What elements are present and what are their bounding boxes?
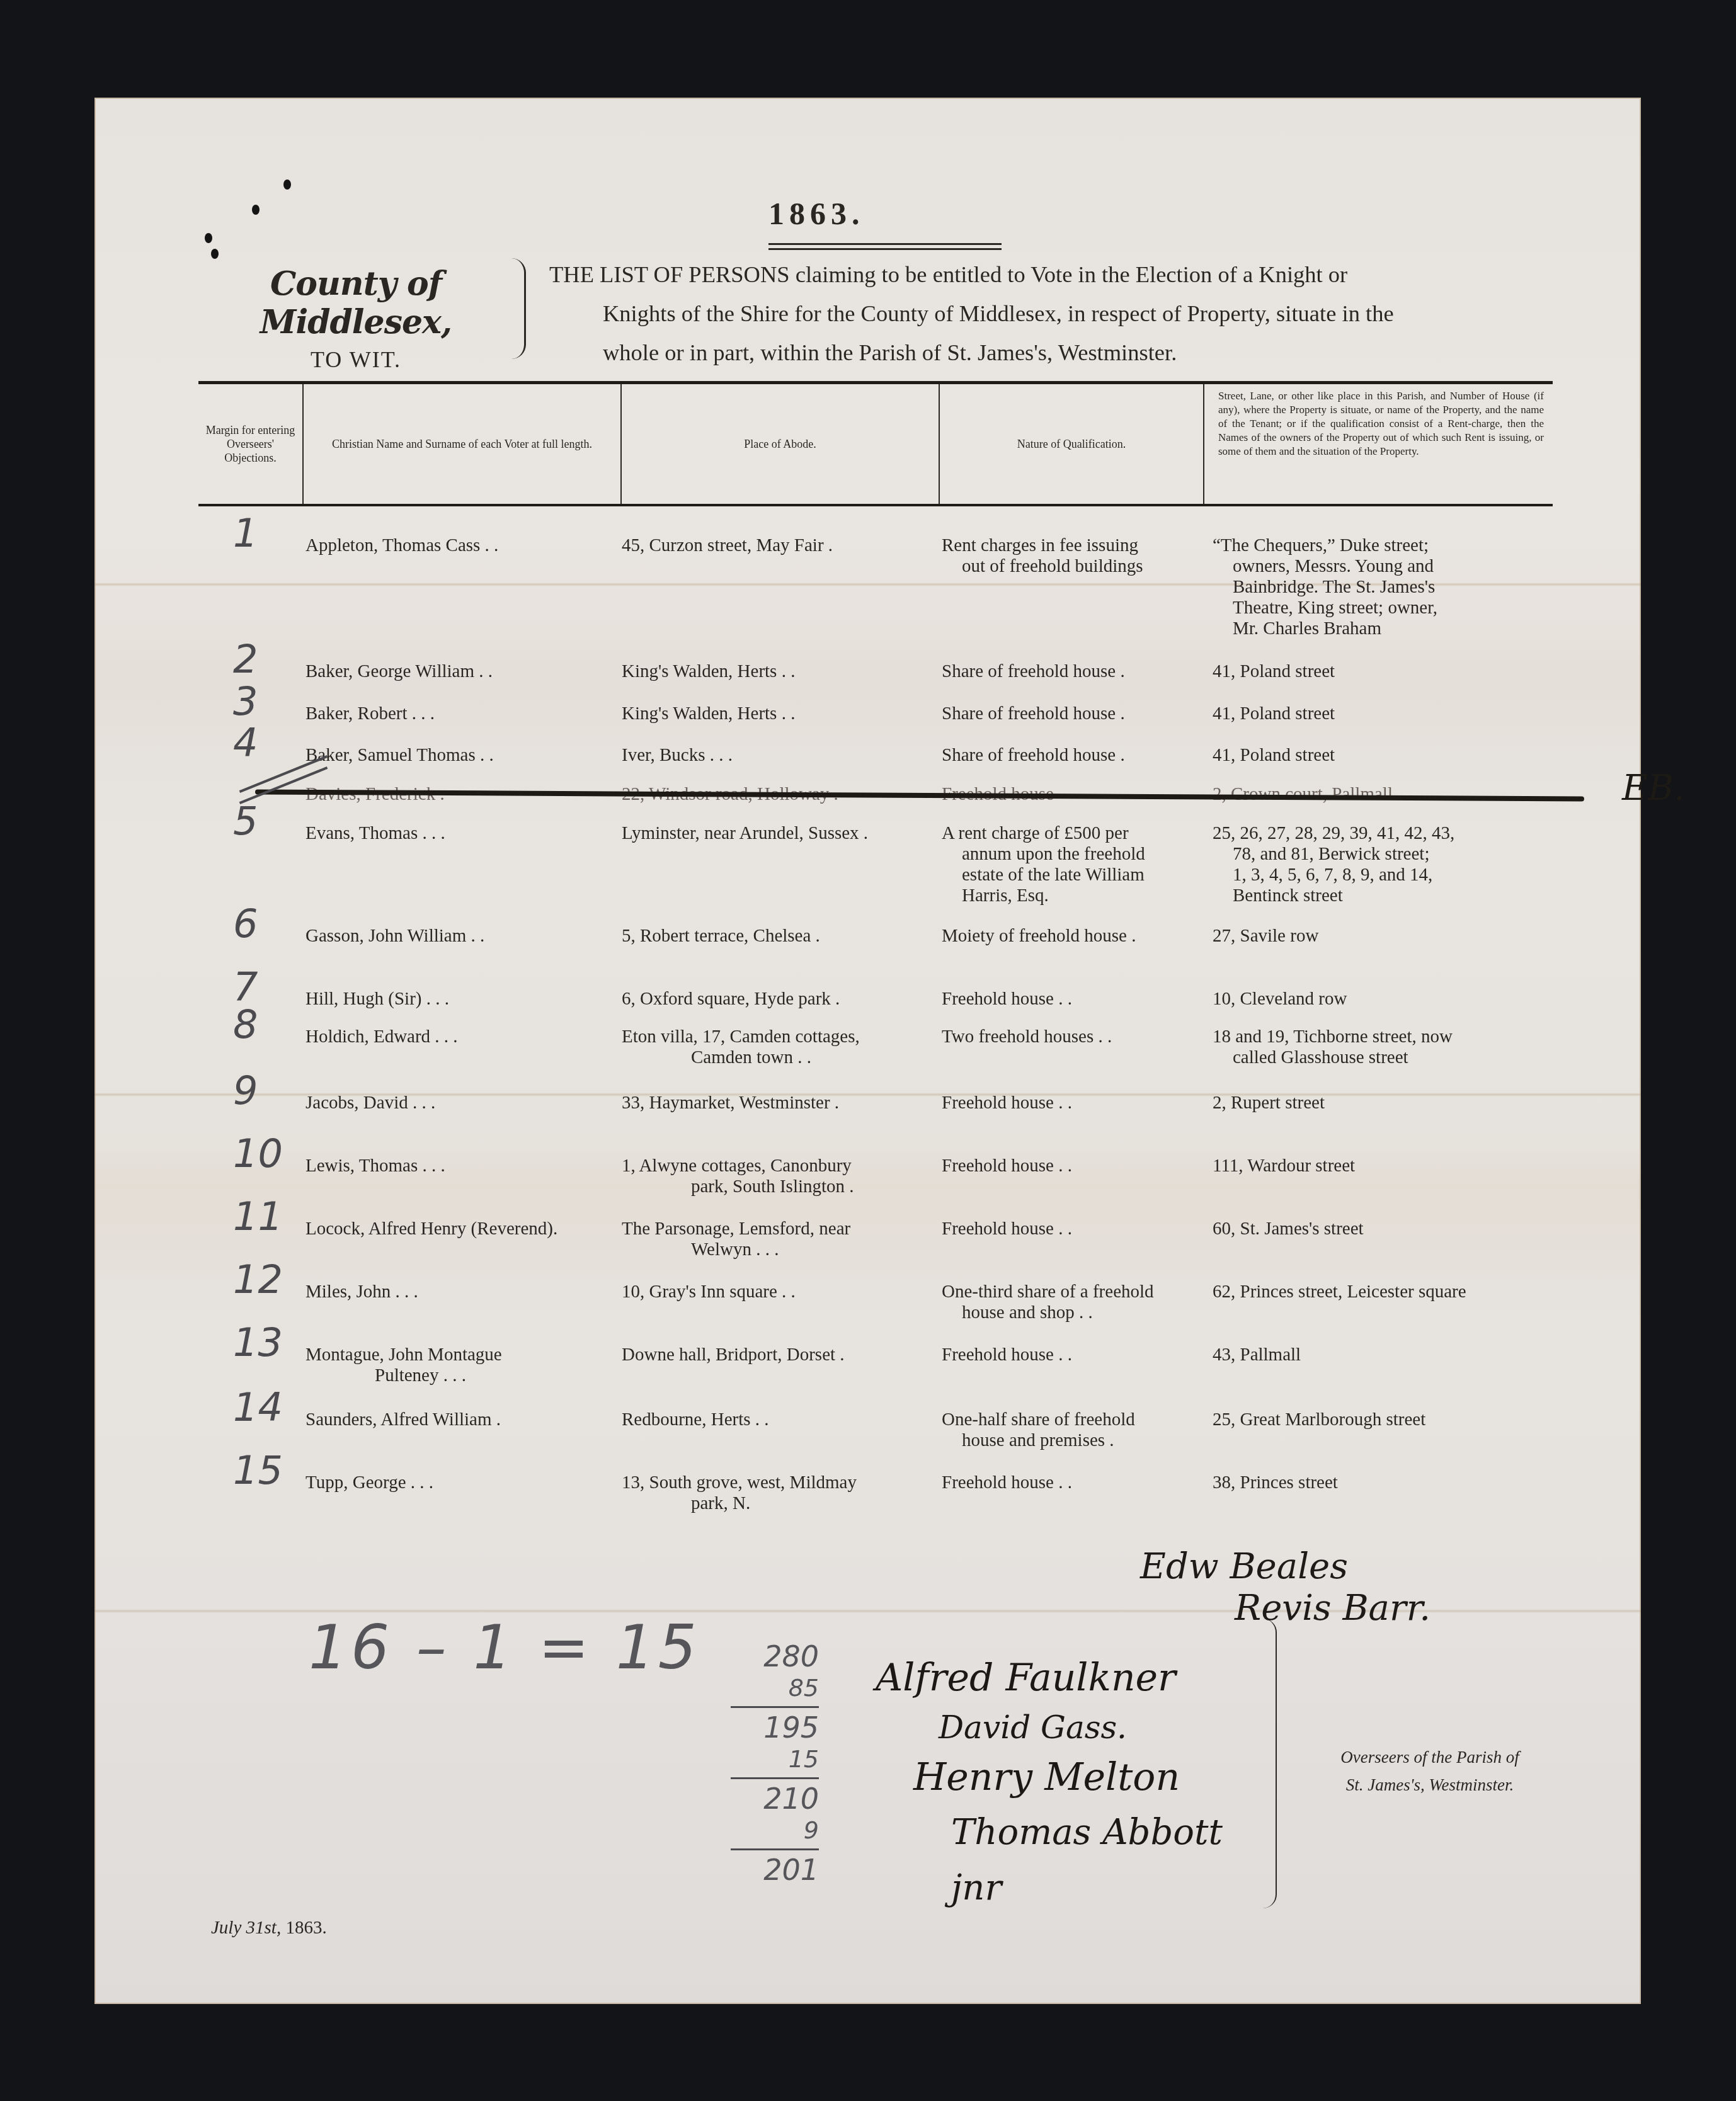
place-of-abode-line: Iver, Bucks . . . [622, 745, 937, 766]
row-number-mark: 10 [233, 1143, 283, 1164]
document-year: 1863. [768, 195, 865, 232]
heading-brace [511, 258, 526, 359]
property-location-line: Mr. Charles Braham [1213, 618, 1546, 639]
place-of-abode-line: 45, Curzon street, May Fair . [622, 535, 937, 556]
qualification-line: house and shop . . [942, 1302, 1206, 1323]
qualification: Freehold house . . [942, 1345, 1206, 1365]
voter-name: Baker, Samuel Thomas . . [306, 745, 614, 766]
place-of-abode: 45, Curzon street, May Fair . [622, 535, 937, 556]
voter-name: Hill, Hugh (Sir) . . . [306, 989, 614, 1010]
property-location: 18 and 19, Tichborne street, nowcalled G… [1213, 1027, 1546, 1068]
sum-value: 195 [750, 1712, 819, 1743]
place-of-abode: 6, Oxford square, Hyde park . [622, 989, 937, 1010]
place-of-abode: 10, Gray's Inn square . . [622, 1282, 937, 1302]
property-location-line: called Glasshouse street [1213, 1047, 1546, 1068]
property-location: 25, Great Marlborough street [1213, 1409, 1546, 1430]
property-location: 111, Wardour street [1213, 1156, 1546, 1176]
property-location-line: 111, Wardour street [1213, 1156, 1546, 1176]
row-number-mark: 6 [233, 913, 258, 934]
overseers-label-line: Overseers of the Parish of [1298, 1743, 1562, 1771]
qualification: Share of freehold house . [942, 703, 1206, 724]
property-location-line: 62, Princes street, Leicester square [1213, 1282, 1546, 1302]
qualification: A rent charge of £500 perannum upon the … [942, 823, 1206, 906]
voter-name: Evans, Thomas . . . [306, 823, 614, 844]
place-of-abode-line: park, N. [622, 1493, 937, 1514]
voter-list-table: Margin for entering Overseers' Objection… [198, 381, 1553, 506]
signature-abbott: Thomas Abbott jnr [876, 1805, 1279, 1916]
place-of-abode: King's Walden, Herts . . [622, 703, 937, 724]
qualification: Two freehold houses . . [942, 1027, 1206, 1047]
property-location: 41, Poland street [1213, 745, 1546, 766]
voter-name-line: Lewis, Thomas . . . [306, 1156, 614, 1176]
qualification: Freehold house . . [942, 1472, 1206, 1493]
place-of-abode: 5, Robert terrace, Chelsea . [622, 926, 937, 947]
place-of-abode: Redbourne, Herts . . [622, 1409, 937, 1430]
handwritten-sum: 280 85 195 15 210 9 201 [750, 1641, 819, 1886]
voter-name: Locock, Alfred Henry (Reverend). [306, 1219, 614, 1239]
property-location-line: owners, Messrs. Young and [1213, 556, 1546, 577]
sum-value: 9 [750, 1814, 819, 1846]
document-date: July 31st, 1863. [211, 1918, 327, 1939]
table-header-rule [198, 504, 1553, 506]
voter-name-line: Evans, Thomas . . . [306, 823, 614, 844]
sum-value: 201 [750, 1854, 819, 1886]
title-line-3: whole or in part, within the Parish of S… [549, 333, 1563, 372]
signature-melton: Henry Melton [876, 1750, 1279, 1805]
qualification: Share of freehold house . [942, 745, 1206, 766]
row-number-mark: 1 [233, 523, 258, 544]
qualification-line: Share of freehold house . [942, 745, 1206, 766]
place-of-abode-line: King's Walden, Herts . . [622, 703, 937, 724]
sum-value: 15 [750, 1743, 819, 1775]
voter-name: Tupp, George . . . [306, 1472, 614, 1493]
qualification-line: annum upon the freehold [942, 844, 1206, 865]
count-equation: 16 – 1 = 15 [309, 1612, 700, 1683]
property-location-line: 10, Cleveland row [1213, 989, 1546, 1010]
qualification-line: Harris, Esq. [942, 885, 1206, 906]
row-number-mark: 5 [233, 811, 258, 831]
property-location-line: 1, 3, 4, 5, 6, 7, 8, 9, and 14, [1213, 865, 1546, 885]
place-of-abode-line: Welwyn . . . [622, 1239, 937, 1260]
property-location: 10, Cleveland row [1213, 989, 1546, 1010]
header-voter-name: Christian Name and Surname of each Voter… [302, 384, 620, 504]
row-number-mark: 14 [233, 1397, 283, 1418]
header-property-location: Street, Lane, or other like place in thi… [1203, 384, 1553, 504]
property-location: 27, Savile row [1213, 926, 1546, 947]
qualification-line: Moiety of freehold house . [942, 926, 1206, 947]
qualification: Share of freehold house . [942, 661, 1206, 682]
property-location: “The Chequers,” Duke street;owners, Mess… [1213, 535, 1546, 639]
voter-name: Miles, John . . . [306, 1282, 614, 1302]
qualification-line: out of freehold buildings [942, 556, 1206, 577]
place-of-abode: King's Walden, Herts . . [622, 661, 937, 682]
county-heading: County of Middlesex, TO WIT. [198, 265, 513, 373]
place-of-abode: 33, Haymarket, Westminster . [622, 1093, 937, 1113]
signature-line: Revis Barr. [1140, 1588, 1430, 1629]
property-location: 25, 26, 27, 28, 29, 39, 41, 42, 43,78, a… [1213, 823, 1546, 906]
place-of-abode-line: park, South Islington . [622, 1176, 937, 1197]
place-of-abode: The Parsonage, Lemsford, nearWelwyn . . … [622, 1219, 937, 1260]
qualification-line: Freehold house . . [942, 989, 1206, 1010]
property-location-line: 27, Savile row [1213, 926, 1546, 947]
overseers-brace [1263, 1619, 1277, 1908]
property-location-line: 2, Rupert street [1213, 1093, 1546, 1113]
place-of-abode-line: 13, South grove, west, Mildmay [622, 1472, 937, 1493]
voter-name-line: Appleton, Thomas Cass . . [306, 535, 614, 556]
property-location-line: “The Chequers,” Duke street; [1213, 535, 1546, 556]
date-month-day: July 31st, [211, 1918, 281, 1938]
qualification-line: Share of freehold house . [942, 703, 1206, 724]
overseers-label: Overseers of the Parish of St. James's, … [1298, 1743, 1562, 1799]
county-name: County of Middlesex, [198, 265, 513, 341]
property-location: 43, Pallmall [1213, 1345, 1546, 1365]
property-location-line: 43, Pallmall [1213, 1345, 1546, 1365]
qualification: Freehold house . . [942, 1219, 1206, 1239]
property-location-line: Theatre, King street; owner, [1213, 598, 1546, 618]
voter-name-line: Tupp, George . . . [306, 1472, 614, 1493]
qualification: One-half share of freeholdhouse and prem… [942, 1409, 1206, 1451]
qualification-line: Share of freehold house . [942, 661, 1206, 682]
place-of-abode-line: Downe hall, Bridport, Dorset . [622, 1345, 937, 1365]
voter-name: Saunders, Alfred William . [306, 1409, 614, 1430]
place-of-abode-line: 10, Gray's Inn square . . [622, 1282, 937, 1302]
property-location-line: 18 and 19, Tichborne street, now [1213, 1027, 1546, 1047]
sum-rule [731, 1777, 819, 1779]
row-number-mark: 8 [233, 1014, 258, 1035]
qualification-line: Freehold house . . [942, 1093, 1206, 1113]
property-location-line: Bainbridge. The St. James's [1213, 577, 1546, 598]
deletion-initials: EB. [1622, 778, 1685, 799]
place-of-abode-line: 33, Haymarket, Westminster . [622, 1093, 937, 1113]
header-place-of-abode: Place of Abode. [620, 384, 939, 504]
table-header: Margin for entering Overseers' Objection… [198, 384, 1553, 504]
header-qualification: Nature of Qualification. [939, 384, 1203, 504]
sum-value: 210 [750, 1783, 819, 1814]
qualification: Freehold house . . [942, 1093, 1206, 1113]
place-of-abode-line: Lyminster, near Arundel, Sussex . [622, 823, 937, 844]
property-location: 62, Princes street, Leicester square [1213, 1282, 1546, 1302]
signature-beales: Edw Beales Revis Barr. [1140, 1546, 1430, 1629]
voter-name: Lewis, Thomas . . . [306, 1156, 614, 1176]
voter-name-line: Hill, Hugh (Sir) . . . [306, 989, 614, 1010]
to-wit: TO WIT. [198, 346, 513, 373]
place-of-abode: 13, South grove, west, Mildmaypark, N. [622, 1472, 937, 1514]
date-year: 1863. [285, 1918, 326, 1938]
qualification: Rent charges in fee issuingout of freeho… [942, 535, 1206, 577]
qualification-line: house and premises . [942, 1430, 1206, 1451]
row-number-mark: 15 [233, 1460, 283, 1481]
qualification-line: A rent charge of £500 per [942, 823, 1206, 844]
overseers-label-line: St. James's, Westminster. [1298, 1771, 1562, 1799]
place-of-abode-line: 5, Robert terrace, Chelsea . [622, 926, 937, 947]
voter-name-line: Holdich, Edward . . . [306, 1027, 614, 1047]
qualification: One-third share of a freeholdhouse and s… [942, 1282, 1206, 1323]
voter-name-line: Baker, Samuel Thomas . . [306, 745, 614, 766]
qualification: Moiety of freehold house . [942, 926, 1206, 947]
qualification-line: estate of the late William [942, 865, 1206, 885]
property-location: 38, Princes street [1213, 1472, 1546, 1493]
property-location-line: 60, St. James's street [1213, 1219, 1546, 1239]
qualification-line: Freehold house . . [942, 1156, 1206, 1176]
property-location: 41, Poland street [1213, 703, 1546, 724]
qualification-line: Freehold house . . [942, 1219, 1206, 1239]
place-of-abode-line: 6, Oxford square, Hyde park . [622, 989, 937, 1010]
property-location: 41, Poland street [1213, 661, 1546, 682]
qualification: Freehold house . . [942, 989, 1206, 1010]
qualification: Freehold house . . [942, 1156, 1206, 1176]
sum-value: 280 [750, 1641, 819, 1672]
qualification-line: One-third share of a freehold [942, 1282, 1206, 1302]
row-number-mark: 13 [233, 1332, 283, 1353]
sum-value: 85 [750, 1672, 819, 1704]
qualification-line: Two freehold houses . . [942, 1027, 1206, 1047]
property-location-line: 41, Poland street [1213, 745, 1546, 766]
qualification-line: Freehold house . . [942, 1472, 1206, 1493]
row-number-mark: 7 [233, 976, 258, 997]
year-underline [768, 248, 1002, 250]
place-of-abode: Eton villa, 17, Camden cottages,Camden t… [622, 1027, 937, 1068]
row-number-mark: 9 [233, 1080, 258, 1101]
voter-name-line: Baker, George William . . [306, 661, 614, 682]
property-location-line: 41, Poland street [1213, 703, 1546, 724]
qualification-line: Freehold house . . [942, 1345, 1206, 1365]
voter-name: Jacobs, David . . . [306, 1093, 614, 1113]
document-title: THE LIST OF PERSONS claiming to be entit… [549, 255, 1563, 372]
property-location-line: 41, Poland street [1213, 661, 1546, 682]
signature-faulkner: Alfred Faulkner [876, 1650, 1279, 1705]
voter-name: Appleton, Thomas Cass . . [306, 535, 614, 556]
handwritten-count: 16 – 1 = 15 [309, 1612, 700, 1683]
title-line-1: THE LIST OF PERSONS claiming to be entit… [549, 255, 1563, 294]
property-location: 60, St. James's street [1213, 1219, 1546, 1239]
property-location-line: 25, 26, 27, 28, 29, 39, 41, 42, 43, [1213, 823, 1546, 844]
place-of-abode-line: King's Walden, Herts . . [622, 661, 937, 682]
place-of-abode-line: The Parsonage, Lemsford, near [622, 1219, 937, 1239]
year-underline [768, 243, 1002, 245]
sum-rule [731, 1706, 819, 1708]
property-location-line: 25, Great Marlborough street [1213, 1409, 1546, 1430]
voter-name-line: Gasson, John William . . [306, 926, 614, 947]
place-of-abode-line: Camden town . . [622, 1047, 937, 1068]
voter-name: Montague, John MontaguePulteney . . . [306, 1345, 614, 1386]
row-number-mark: 12 [233, 1269, 283, 1290]
voter-name: Holdich, Edward . . . [306, 1027, 614, 1047]
binding-hole [252, 205, 260, 215]
place-of-abode: Iver, Bucks . . . [622, 745, 937, 766]
voter-name: Gasson, John William . . [306, 926, 614, 947]
voter-name-line: Miles, John . . . [306, 1282, 614, 1302]
signature-line: Edw Beales [1140, 1546, 1430, 1588]
property-location-line: 38, Princes street [1213, 1472, 1546, 1493]
title-line-2: Knights of the Shire for the County of M… [549, 294, 1563, 333]
place-of-abode-line: Redbourne, Herts . . [622, 1409, 937, 1430]
header-objections: Margin for entering Overseers' Objection… [198, 384, 302, 504]
place-of-abode: Lyminster, near Arundel, Sussex . [622, 823, 937, 844]
voter-name-line: Saunders, Alfred William . [306, 1409, 614, 1430]
property-location-line: 78, and 81, Berwick street; [1213, 844, 1546, 865]
sum-rule [731, 1848, 819, 1850]
row-number-mark: 3 [233, 691, 258, 712]
signature-gass: David Gass. [876, 1705, 1279, 1750]
voter-name-line: Pulteney . . . [306, 1365, 614, 1386]
row-number-mark: 2 [233, 649, 258, 669]
place-of-abode: 1, Alwyne cottages, Canonburypark, South… [622, 1156, 937, 1197]
qualification-line: Rent charges in fee issuing [942, 535, 1206, 556]
voter-name-line: Jacobs, David . . . [306, 1093, 614, 1113]
voter-name-line: Montague, John Montague [306, 1345, 614, 1365]
binding-hole [283, 179, 291, 190]
binding-hole [205, 233, 212, 243]
binding-hole [211, 249, 219, 259]
place-of-abode-line: 1, Alwyne cottages, Canonbury [622, 1156, 937, 1176]
property-location-line: Bentinck street [1213, 885, 1546, 906]
overseer-signatures: Alfred Faulkner David Gass. Henry Melton… [876, 1650, 1279, 1916]
voter-name: Baker, George William . . [306, 661, 614, 682]
voter-name-line: Locock, Alfred Henry (Reverend). [306, 1219, 614, 1239]
place-of-abode: Downe hall, Bridport, Dorset . [622, 1345, 937, 1365]
row-number-mark: 4 [233, 732, 258, 753]
voter-name-line: Baker, Robert . . . [306, 703, 614, 724]
property-location: 2, Rupert street [1213, 1093, 1546, 1113]
qualification-line: One-half share of freehold [942, 1409, 1206, 1430]
row-number-mark: 11 [233, 1206, 283, 1227]
voter-name: Baker, Robert . . . [306, 703, 614, 724]
place-of-abode-line: Eton villa, 17, Camden cottages, [622, 1027, 937, 1047]
